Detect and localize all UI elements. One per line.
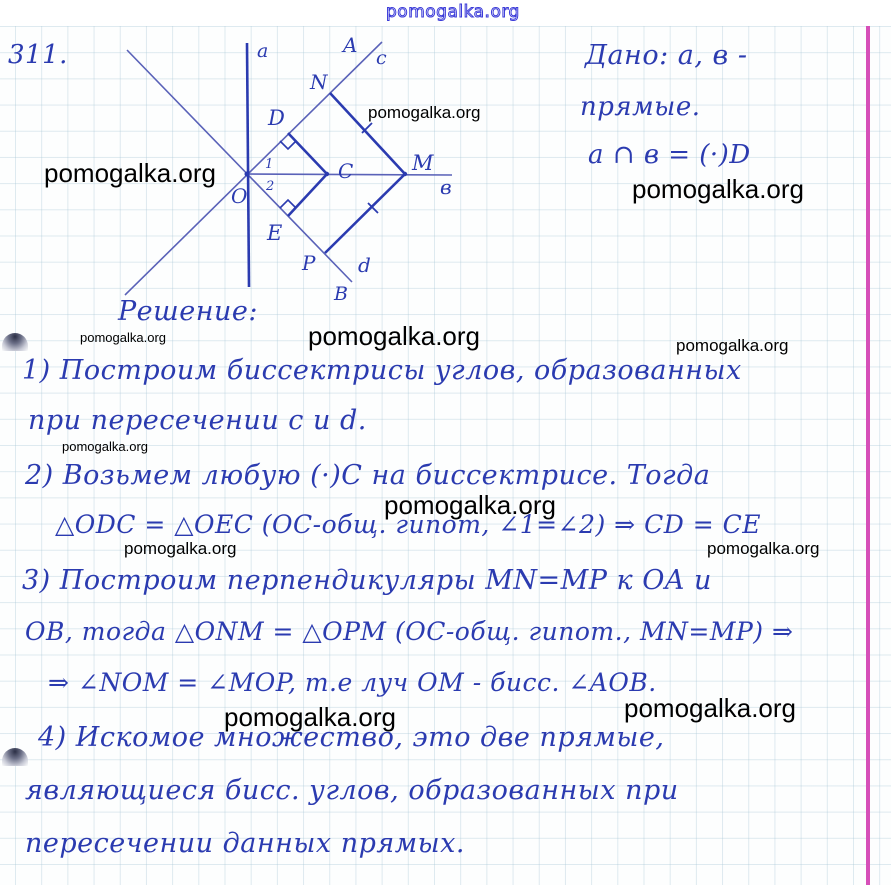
point-M [403,172,407,176]
point-C [325,172,329,176]
watermark: pomogalka.org [707,539,819,559]
solution-step-line: 2) Возьмем любую (·)C на биссектрисе. То… [25,460,710,491]
watermark: pomogalka.org [632,174,804,205]
line-a [247,43,249,287]
segment-EC [288,174,327,216]
watermark: pomogalka.org [624,693,796,724]
watermark: pomogalka.org [368,103,480,123]
watermark: pomogalka.org [62,439,148,454]
watermark: pomogalka.org [124,539,236,559]
solution-step-line: ⇒ ∠NOM = ∠MOP, т.е луч OM - бисс. ∠AOB. [48,668,657,697]
given-line-2: прямые. [580,92,701,122]
right-angle-E [280,200,296,208]
solution-step-line: являющиеся бисс. углов, образованных при [25,775,679,806]
label-C: C [338,159,353,183]
watermark: pomogalka.org [80,330,166,345]
solution-step-line: пересечении данных прямых. [25,828,465,859]
label-d: d [358,253,371,277]
watermark: pomogalka.org [308,321,480,352]
label-P: P [301,251,316,275]
right-angle-D [280,141,296,149]
label-M: M [411,151,434,175]
watermark: pomogalka.org [224,702,396,733]
label-A: A [341,33,357,57]
watermark: pomogalka.org [676,336,788,356]
given-line-3: a ∩ в = (·)D [588,140,751,170]
point-O [245,172,250,177]
segment-DC [288,133,327,174]
label-angle-2: 2 [265,179,274,194]
label-E: E [266,221,282,245]
label-angle-1: 1 [265,157,273,172]
watermark: pomogalka.org [44,158,216,189]
label-D: D [267,106,285,130]
solution-step-line: 3) Построим перпендикуляры MN=MP к OA и [22,565,712,596]
solution-title: Решение: [118,296,258,327]
watermark: pomogalka.org [384,490,556,521]
solution-step-line: 1) Построим биссектрисы углов, образован… [22,355,742,386]
given-line-1: Дано: a, в - [585,40,747,71]
label-b: в [440,175,452,199]
label-a: a [257,40,268,62]
segment-PM [325,174,405,253]
label-B: B [333,283,348,305]
label-O: O [231,184,247,208]
label-N: N [309,70,329,94]
label-c: c [376,47,387,69]
solution-step-line: OB, тогда △ONM = △OPM (OC-общ. гипот., M… [25,617,793,646]
solution-step-line: при пересечении c и d. [28,405,367,436]
